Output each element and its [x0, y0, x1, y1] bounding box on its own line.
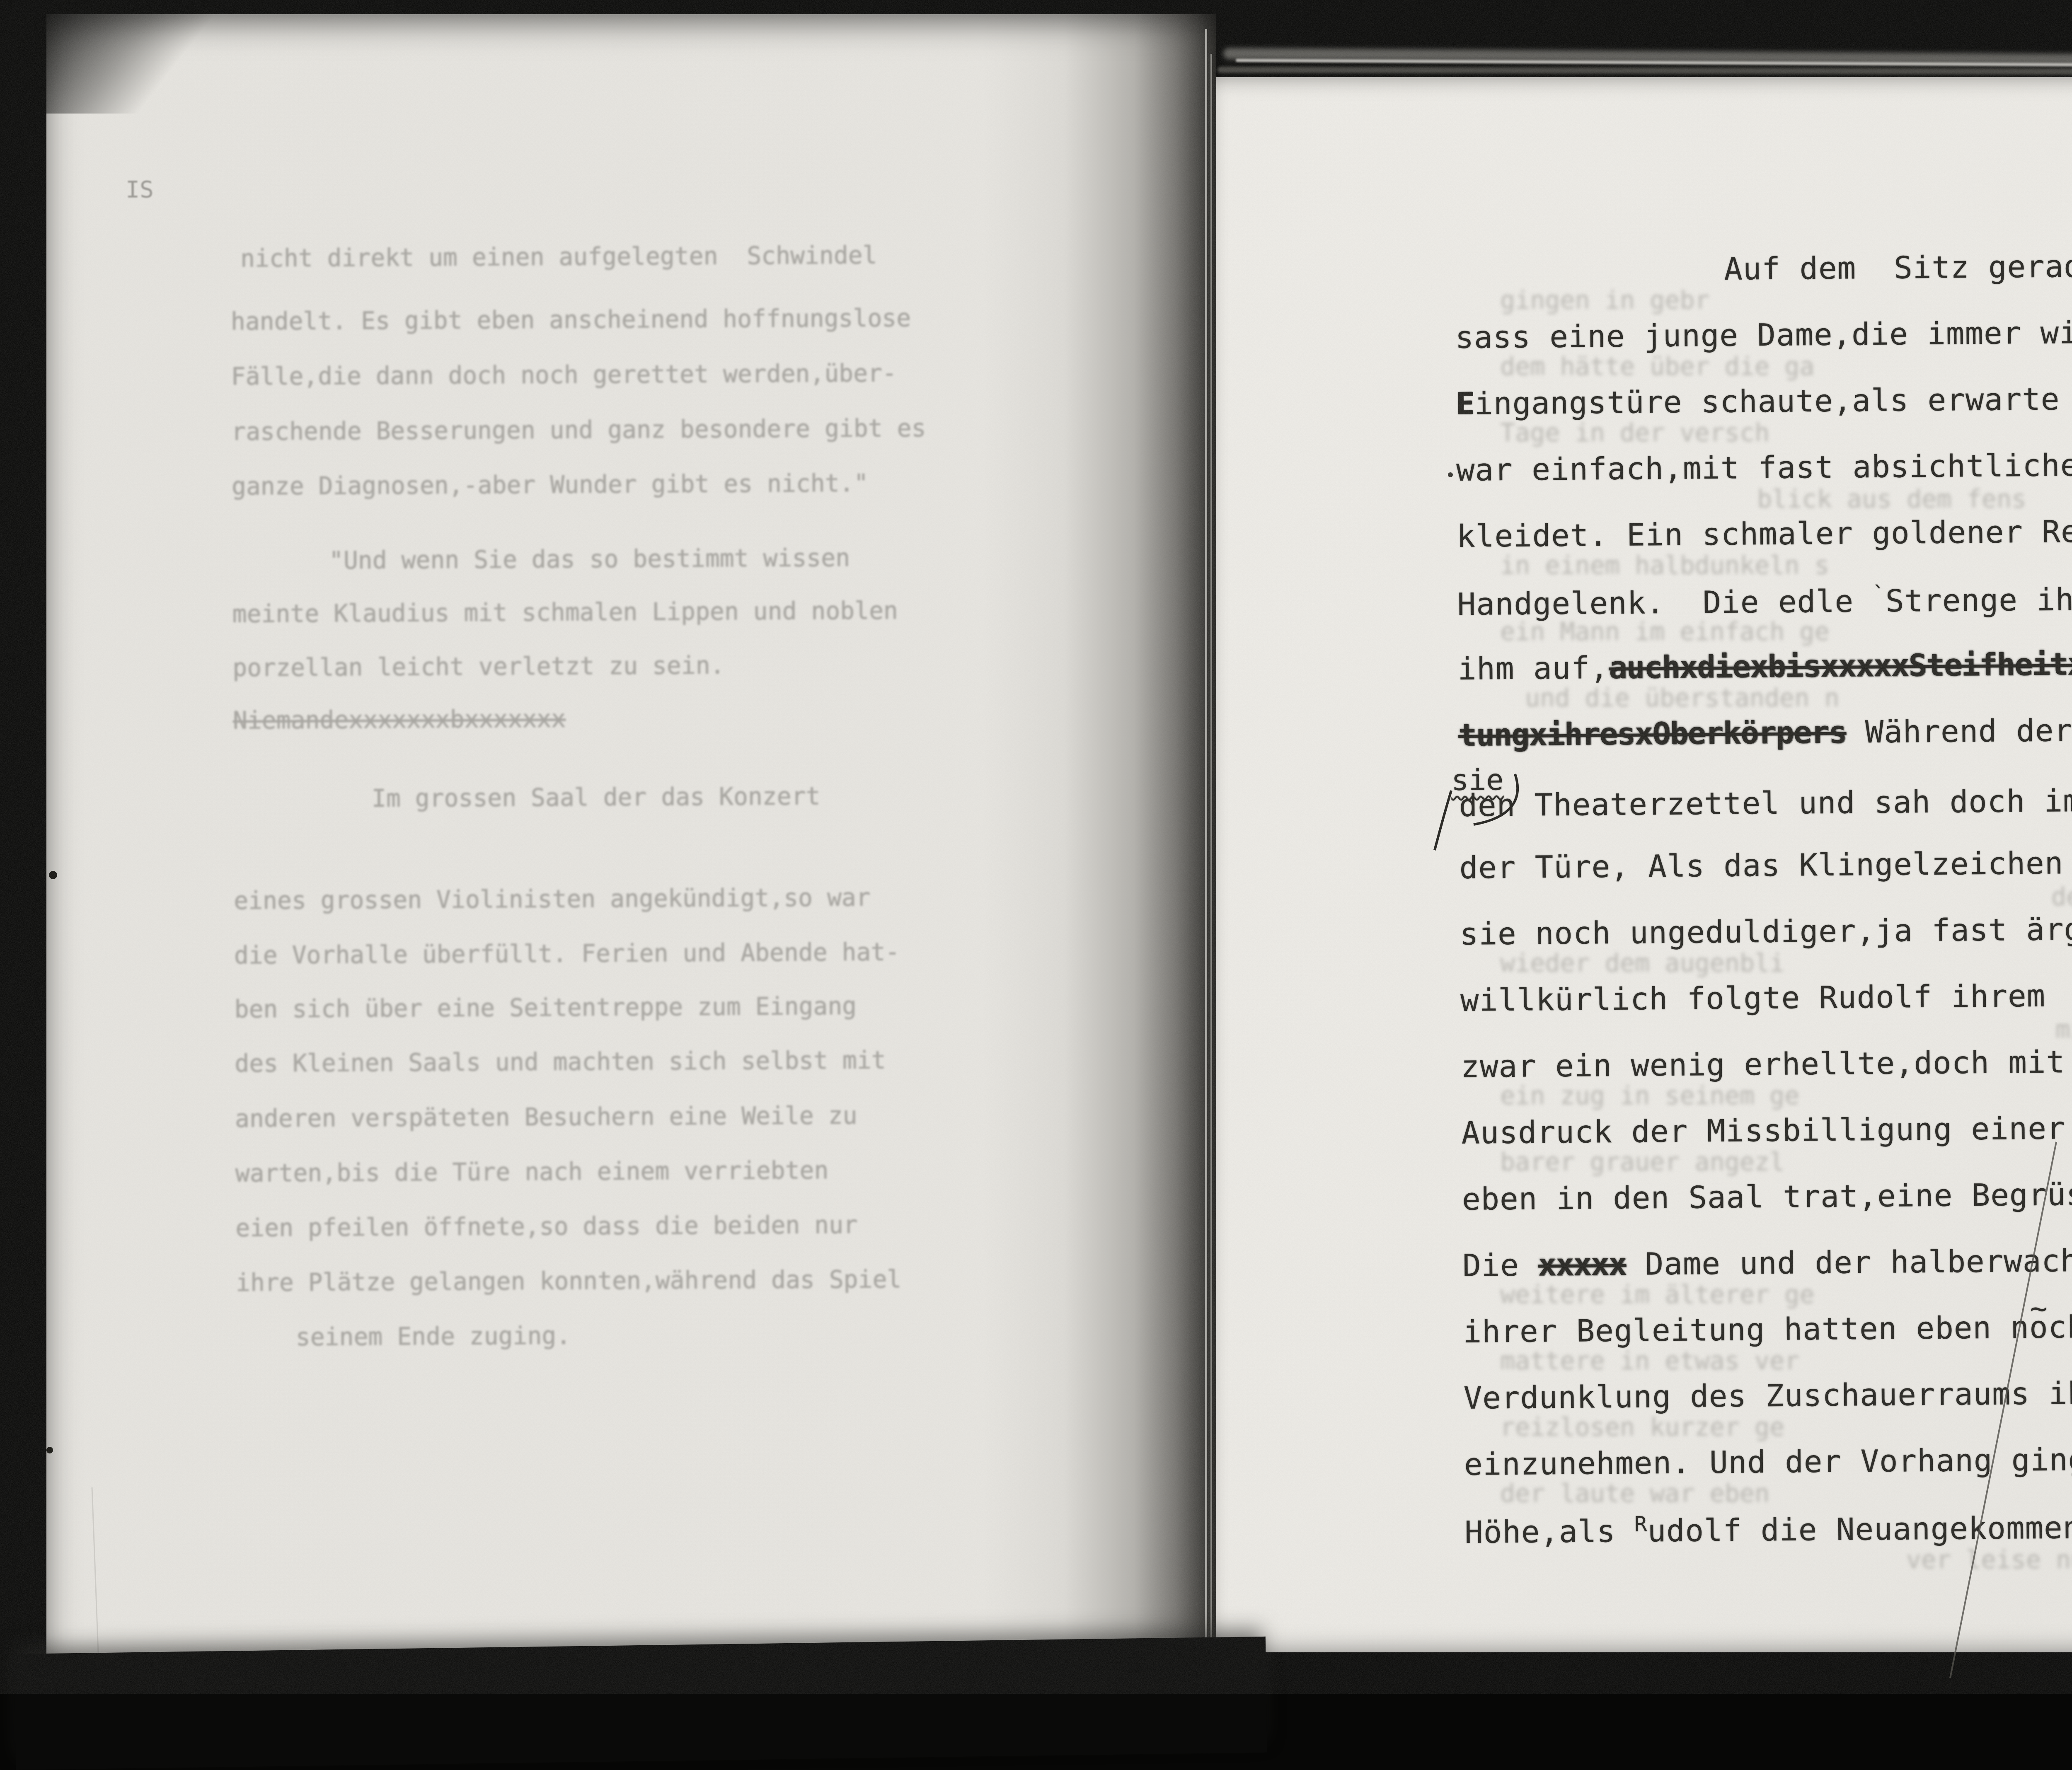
typed-line: sie noch ungeduldiger,ja fast ärgerlich … — [1460, 909, 2072, 952]
typed-text: R — [1634, 1511, 1648, 1536]
typed-text: der Türe, Als das Klingelzeichen ertönte… — [1459, 844, 2072, 886]
typed-text: ihrer Begleitung hatten eben — [1463, 1310, 2011, 1350]
typed-text: udolf die Neuangekommene — [1647, 1510, 2072, 1549]
typed-line: Handgelenk. Die edle `Strenge ihres Prof… — [1457, 578, 2072, 623]
typed-text: noch — [2010, 1309, 2072, 1345]
typed-line: tungxihresxOberkörpers Während der Pause… — [1458, 711, 2072, 753]
typed-text: sie noch ungeduldiger,ja fast ärgerlich … — [1460, 909, 2072, 952]
typed-line: Ausdruck der Missbilligung einer älteren… — [1461, 1108, 2072, 1151]
typed-line: der Türe, Als das Klingelzeichen ertönte… — [1459, 843, 2072, 886]
typed-line: Die xxxxx Dame und der halberwachsene Ju… — [1462, 1241, 2072, 1284]
typed-line: einzunehmen. Und der Vorhang ging schon … — [1464, 1440, 2072, 1482]
typed-line: kleidet. Ein schmaler goldener Reif umsc… — [1457, 511, 2072, 554]
typed-text: Auf dem Sitz gerade vor Rudolf — [1724, 247, 2072, 287]
typed-line: sass eine junge Dame,die immer wieder na… — [1455, 313, 2072, 355]
typed-text: Dame und der halberwachsene Junge in — [1626, 1241, 2072, 1282]
manuscript-scan: IS nicht direkt um einen aufgelegten Sch… — [0, 0, 2072, 1694]
struck-text: tungxihresxOberkörpers — [1458, 715, 1847, 753]
typed-line: zwar ein wenig erhellte,doch mit einem d… — [1461, 1042, 2072, 1085]
typed-line: ihm auf,auchxdiexbisxxxxxSteifheitxvorne… — [1458, 645, 2072, 687]
typed-text: E — [1456, 386, 1475, 422]
typed-line: Verdunklung des Zuschauerraums ihre Plät… — [1463, 1373, 2072, 1416]
typed-text: Die — [1462, 1247, 1538, 1283]
typed-text: war einfach,mit fast absichtlicher Schli… — [1456, 445, 2072, 488]
typed-text: Handgelenk. Die edle — [1457, 583, 1873, 622]
typed-line: eben in den Saal trat,eine Begrüssung zu… — [1462, 1175, 2072, 1217]
struck-text: auchxdiexbisxxxxxSteifheitxvornehmexHalx — [1609, 645, 2072, 686]
typed-line: ihrer Begleitung hatten eben noch Zeit v… — [1463, 1307, 2072, 1350]
typed-text: den Theaterzettel und sah doch immer wie… — [1459, 781, 2072, 824]
typed-text: zwar ein wenig erhellte,doch mit einem d… — [1461, 1042, 2072, 1085]
typed-line: Auf dem Sitz gerade vor Rudolf — [1724, 247, 2072, 287]
typed-line: den Theaterzettel und sah doch immer wie… — [1459, 781, 2072, 824]
typed-line: Eingangstüre schaute,als erwarte sie jem… — [1456, 379, 2072, 422]
typed-text: Verdunklung des Zuschauerraums ihre Plät… — [1463, 1374, 2072, 1416]
typed-text-block: 22 sie Auf dem Sitz gerade vor Rudolfsas… — [0, 0, 2072, 1694]
typed-line: willkürlich folgte Rudolf ihrem Blick,de… — [1460, 976, 2072, 1018]
typed-text: sass eine junge Dame,die immer wieder na… — [1455, 313, 2072, 355]
typed-line: war einfach,mit fast absichtlicher Schli… — [1456, 445, 2072, 488]
typed-text: Ausdruck der Missbilligung einer älteren… — [1461, 1108, 2072, 1151]
typed-text: Strenge ihres Profils fiel — [1886, 580, 2072, 619]
typed-text: willkürlich folgte Rudolf ihrem Blick,de… — [1460, 976, 2072, 1018]
typed-line: Höhe,als Rudolf die Neuangekommene sich … — [1464, 1506, 2072, 1550]
struck-text: xxxxx — [1538, 1247, 1626, 1283]
typed-text: ` — [1872, 582, 1886, 606]
typed-text: kleidet. Ein schmaler goldener Reif umsc… — [1457, 513, 2072, 554]
typed-text: einzunehmen. Und der Vorhang ging schon … — [1464, 1440, 2072, 1482]
typed-text: Höhe,als — [1464, 1514, 1635, 1550]
typed-text: ihm auf, — [1458, 650, 1609, 687]
typed-text: eben in den Saal trat,eine Begrüssung zu… — [1462, 1175, 2072, 1217]
typed-text: ingangstüre schaute,als erwarte sie jema… — [1474, 379, 2072, 422]
typed-text: Während der Pause studierte — [1846, 711, 2072, 750]
